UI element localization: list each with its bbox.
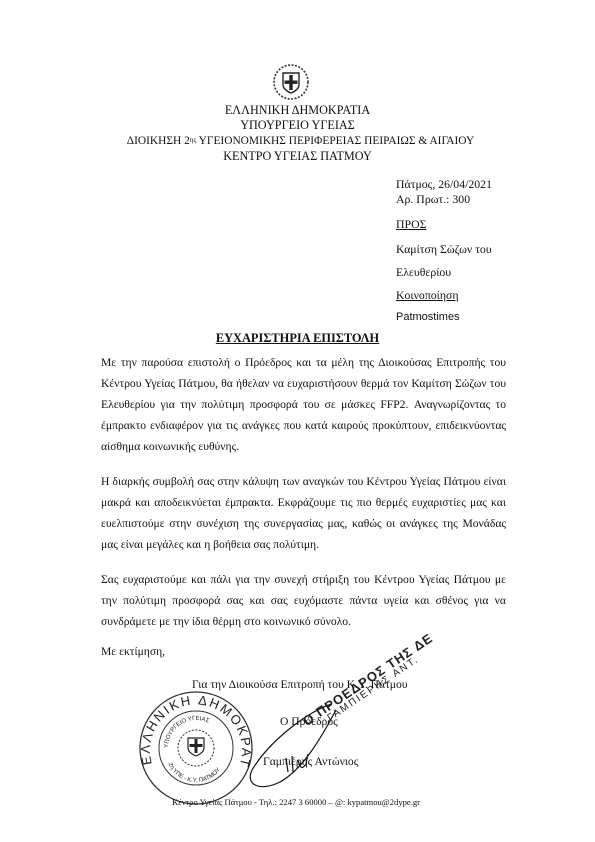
protocol-number: Αρ. Πρωτ.: 300 bbox=[396, 192, 470, 207]
recipient-line1: Καμίτση Σώζων του bbox=[396, 242, 492, 257]
cc-value: Patmostimes bbox=[396, 311, 460, 323]
paragraph-2: Η διαρκής συμβολή σας στην κάλυψη των αν… bbox=[101, 471, 506, 555]
letterhead-country: ΕΛΛΗΝΙΚΗ ΔΗΜΟΚΡΑΤΙΑ bbox=[0, 103, 595, 118]
closing: Με εκτίμηση, bbox=[101, 641, 506, 662]
letterhead-center: ΚΕΝΤΡΟ ΥΓΕΙΑΣ ΠΑΤΜΟΥ bbox=[0, 149, 595, 164]
paragraph-3: Σας ευχαριστούμε και πάλι για την συνεχή… bbox=[101, 569, 506, 632]
recipient-line2: Ελευθερίου bbox=[396, 265, 451, 280]
letterhead-region: ΔΙΟΙΚΗΣΗ 2ης ΥΓΕΙΟΝΟΜΙΚΗΣ ΠΕΡΙΦΕΡΕΙΑΣ ΠΕ… bbox=[0, 133, 595, 149]
greek-coat-of-arms-icon bbox=[271, 62, 311, 102]
letterhead-ministry: ΥΠΟΥΡΓΕΙΟ ΥΓΕΙΑΣ bbox=[0, 118, 595, 133]
letter-title: ΕΥΧΑΡΙΣΤΗΡΙΑ ΕΠΙΣΤΟΛΗ bbox=[0, 331, 595, 346]
official-round-stamp: ΕΛΛΗΝΙΚΗ ΔΗΜΟΚΡΑΤΙΑ ΥΠΟΥΡΓΕΙΟ ΥΓΕΙΑΣ 2η … bbox=[138, 690, 254, 806]
cc-label: Κοινοποίηση bbox=[396, 288, 459, 303]
footer-contact: Κέντρο Υγείας Πάτμου - Τηλ.: 2247 3 6000… bbox=[172, 797, 420, 807]
place-date: Πάτμος, 26/04/2021 bbox=[396, 177, 492, 192]
to-label: ΠΡΟΣ bbox=[396, 217, 426, 232]
letterhead: ΕΛΛΗΝΙΚΗ ΔΗΜΟΚΡΑΤΙΑ ΥΠΟΥΡΓΕΙΟ ΥΓΕΙΑΣ ΔΙΟ… bbox=[0, 103, 595, 164]
paragraph-1: Με την παρούσα επιστολή ο Πρόεδρος και τ… bbox=[101, 352, 506, 457]
